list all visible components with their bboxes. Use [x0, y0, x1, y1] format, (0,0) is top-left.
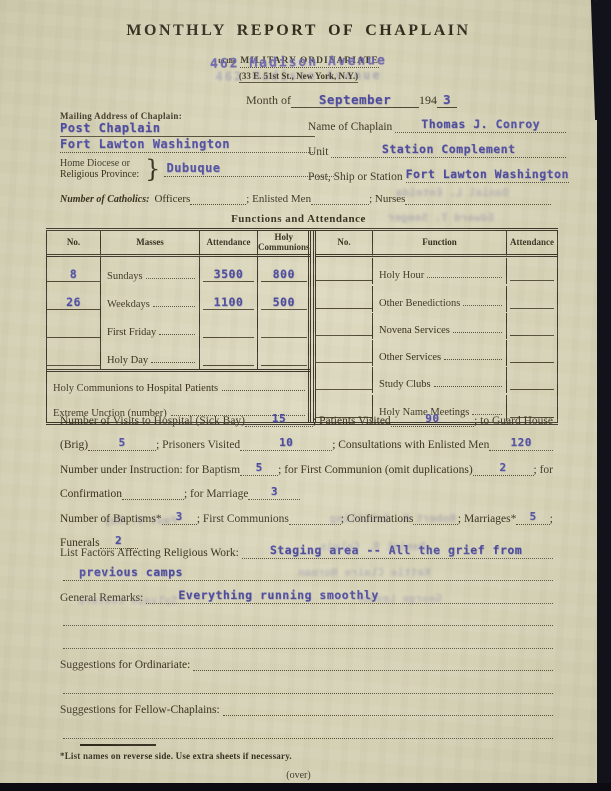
col-header-no: No.	[47, 231, 101, 257]
weekdays-attendance: 1100	[200, 285, 258, 313]
other-benedictions-attendance	[507, 286, 557, 312]
statistics-block: Number of Visits to Hospital (Sick Bay) …	[60, 402, 553, 549]
study-clubs-label-cell: Study Clubs	[373, 367, 507, 393]
enlisted-label: ; Enlisted Men	[246, 193, 311, 205]
blank-rule-line	[60, 604, 553, 627]
other-services-label-cell: Other Services	[373, 340, 507, 366]
over-text: (over)	[0, 770, 597, 781]
remarks-block: List Factors Affecting Religious Work: S…	[60, 536, 553, 739]
chaplain-name-label: Name of Chaplain	[308, 121, 392, 133]
mailing-address-label: Mailing Address of Chaplain:	[60, 111, 315, 121]
col-header-attendance: Attendance	[200, 231, 258, 257]
other-benedictions-label-cell: Other Benedictions	[373, 286, 507, 312]
general-remarks-value: Everything running smoothly	[146, 588, 553, 604]
table-title: Functions and Attendance	[0, 213, 597, 225]
novena-services-no	[316, 313, 373, 339]
baptism-instruction-value: 5	[240, 461, 278, 476]
sacraments-line: Number of Baptisms* 3 ; First Communions…	[60, 500, 553, 525]
form-title: MONTHLY REPORT OF CHAPLAIN	[0, 22, 597, 40]
first-communion-instruction-value: 2	[473, 461, 534, 476]
year-printed: 194	[419, 93, 437, 108]
blank-rule-line	[60, 716, 553, 739]
baptisms-value: 3	[162, 510, 197, 525]
prisoners-visited-value: 10	[240, 436, 332, 451]
marriages-value: 5	[516, 510, 549, 525]
general-remarks-label: General Remarks:	[60, 592, 143, 604]
holy-hour-label-cell: Holy Hour	[373, 258, 507, 284]
holy-day-attendance	[200, 341, 258, 369]
patients-visited-value: 90	[391, 412, 474, 427]
other-services-attendance	[507, 340, 557, 366]
brace-glyph: }	[145, 155, 160, 183]
study-clubs-no	[316, 367, 373, 393]
confirmation-instruction-value	[122, 485, 184, 500]
masses-table: No. Masses Attendance Holy Communions 8 …	[46, 231, 311, 422]
col-header-attendance-right: Attendance	[507, 231, 557, 257]
holy-day-no	[47, 341, 101, 369]
scan-background-right-edge	[597, 0, 611, 791]
hospital-communions-row: Holy Communions to Hospital Patients	[47, 369, 310, 397]
weekdays-communions: 500	[258, 285, 310, 313]
footnote-rule	[80, 744, 156, 746]
officers-value	[190, 191, 246, 205]
month-value: September	[291, 92, 419, 108]
post-value: Fort Lawton Washington	[406, 167, 569, 183]
col-header-function: Function	[373, 231, 507, 257]
study-clubs-attendance	[507, 367, 557, 393]
first-friday-no	[47, 313, 101, 341]
factors-continuation-line: previous camps	[60, 559, 553, 582]
post-label: Post, Ship or Station	[308, 171, 403, 183]
sundays-label-cell: Sundays	[101, 257, 200, 285]
col-header-masses: Masses	[101, 231, 200, 257]
functions-attendance-table: No. Masses Attendance Holy Communions 8 …	[46, 228, 558, 425]
sick-bay-visits-value: 15	[245, 412, 313, 427]
first-communions-value	[289, 510, 341, 525]
factors-value-line1: Staging area -- All the grief from	[242, 543, 553, 559]
year-digit: 3	[437, 92, 457, 108]
blank-rule-line	[60, 671, 553, 694]
post-ship-station-row: Post, Ship or Station Fort Lawton Washin…	[308, 167, 566, 183]
fellow-chaplains-suggestions-line: Suggestions for Fellow-Chaplains:	[60, 694, 553, 717]
ordinariate-suggestions-label: Suggestions for Ordinariate:	[60, 659, 190, 671]
novena-services-label-cell: Novena Services	[373, 313, 507, 339]
officers-label: Officers	[154, 193, 190, 205]
col-header-holy-communions: Holy Communions	[258, 231, 310, 257]
first-friday-attendance	[200, 313, 258, 341]
weekdays-no: 26	[47, 285, 101, 313]
diocese-label: Home Diocese or Religious Province:	[60, 158, 139, 181]
sundays-no: 8	[47, 257, 101, 285]
weekdays-label-cell: Weekdays	[101, 285, 200, 313]
unit-value: Station Complement	[331, 142, 566, 158]
confirmations-value	[413, 510, 458, 525]
mailing-address-block: Mailing Address of Chaplain: Post Chapla…	[60, 111, 315, 153]
unit-row: Unit Station Complement	[308, 142, 566, 158]
marriage-instruction-value: 3	[248, 485, 300, 500]
other-services-no	[316, 340, 373, 366]
holy-day-communions	[258, 341, 310, 369]
number-of-catholics-row: Number of Catholics: Officers ; Enlisted…	[60, 191, 551, 205]
brig-visits-value: 5	[88, 436, 156, 451]
scan-background-bottom-edge	[0, 783, 611, 791]
unit-label: Unit	[308, 146, 328, 158]
holy-hour-no	[316, 258, 373, 284]
holy-day-label-cell: Holy Day	[101, 341, 200, 369]
factors-value-line2: previous camps	[63, 565, 553, 581]
footnote-text: *List names on reverse side. Use extra s…	[60, 751, 292, 761]
catholics-label: Number of Catholics:	[60, 194, 149, 205]
factors-label: List Factors Affecting Religious Work:	[60, 547, 239, 559]
chaplain-name-value: Thomas J. Conroy	[395, 117, 566, 133]
mailing-address-line2: Fort Lawton Washington	[60, 137, 315, 153]
month-label: Month of	[246, 93, 291, 108]
novena-services-attendance	[507, 313, 557, 339]
instruction-line: Number under Instruction: for Baptism 5 …	[60, 451, 553, 476]
functions-table: No. Function Attendance Holy Hour Other …	[313, 231, 558, 422]
printed-address: (33 E. 51st St., New York, N.Y.)	[0, 71, 597, 81]
consultations-value: 120	[489, 436, 553, 451]
sundays-attendance: 3500	[200, 257, 258, 285]
col-header-no-right: No.	[316, 231, 373, 257]
chaplain-name-row: Name of Chaplain Thomas J. Conroy	[308, 117, 566, 133]
fellow-chaplains-suggestions-label: Suggestions for Fellow-Chaplains:	[60, 704, 220, 716]
sundays-communions: 800	[258, 257, 310, 285]
home-diocese-block: Home Diocese or Religious Province: } Du…	[60, 155, 334, 183]
holy-hour-attendance	[507, 258, 557, 284]
nurses-label: ; Nurses	[369, 193, 405, 205]
factors-line: List Factors Affecting Religious Work: S…	[60, 536, 553, 559]
mailing-address-line1: Post Chaplain	[60, 121, 315, 137]
other-benedictions-no	[316, 286, 373, 312]
general-remarks-line: General Remarks: Everything running smoo…	[60, 581, 553, 604]
first-friday-communions	[258, 313, 310, 341]
first-friday-label-cell: First Friday	[101, 313, 200, 341]
blank-rule-line	[60, 626, 553, 649]
visits-line: Number of Visits to Hospital (Sick Bay) …	[60, 402, 553, 427]
month-line: Month of September 194 3	[246, 92, 457, 108]
confirmation-marriage-line: Confirmation ; for Marriage 3	[60, 476, 553, 501]
enlisted-value	[311, 191, 369, 205]
ordinariate-suggestions-line: Suggestions for Ordinariate:	[60, 649, 553, 672]
nurses-value	[405, 191, 551, 205]
scanned-form-page: MONTHLY REPORT OF CHAPLAIN to the MILITA…	[0, 0, 597, 783]
brig-line: (Brig) 5 ; Prisoners Visited 10 ; Consul…	[60, 427, 553, 452]
